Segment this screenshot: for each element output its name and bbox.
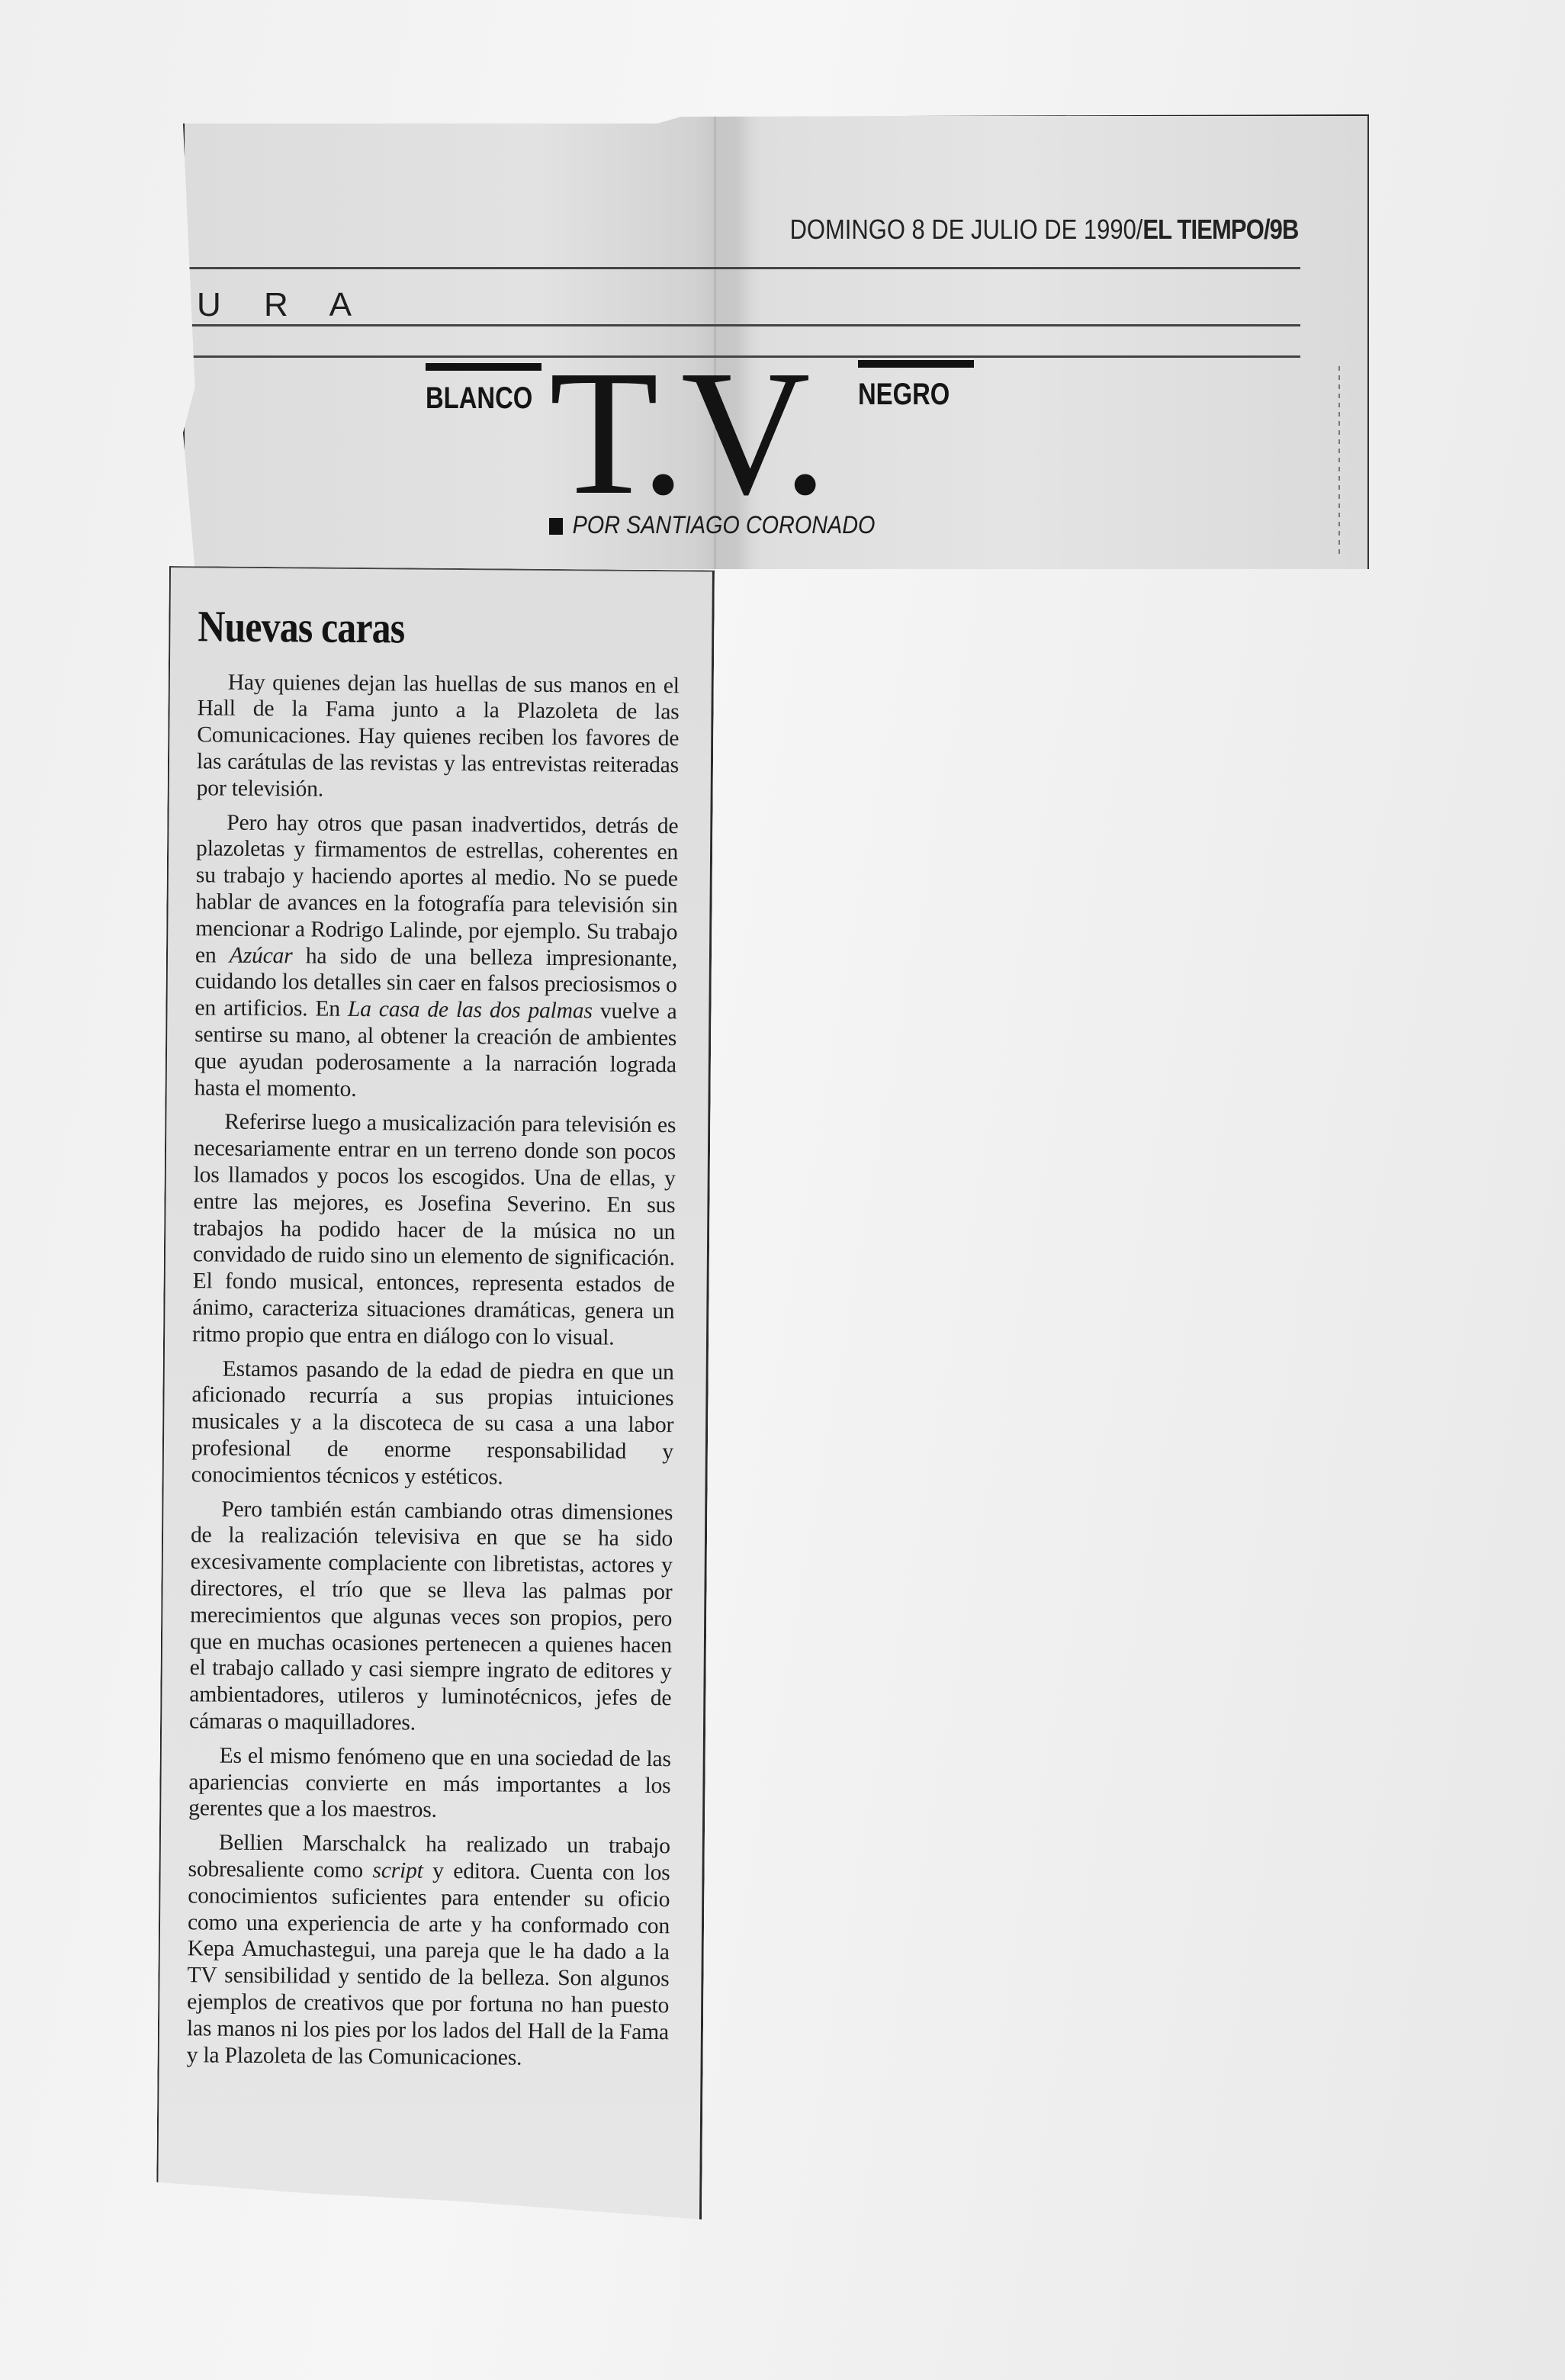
article-paragraph: Estamos pasando de la edad de piedra en … [191,1356,674,1492]
article-paragraph: Pero también están cambiando otras dimen… [189,1496,673,1738]
article-paragraph: Referirse luego a musicalización para te… [192,1109,676,1352]
kicker-bar-left [426,363,541,371]
italic-title: script [372,1858,423,1883]
italic-title: Azúcar [230,943,293,968]
dateline: DOMINGO 8 DE JULIO DE 1990/EL TIEMPO/9B [790,214,1299,246]
byline-text: POR SANTIAGO CORONADO [573,511,876,539]
column-title: T.V. [549,343,823,523]
dateline-paper: EL TIEMPO/9B [1143,214,1299,245]
article-paragraph: Pero hay otros que pasan inadvertidos, d… [194,809,678,1105]
header-clipping: DOMINGO 8 DE JULIO DE 1990/EL TIEMPO/9B … [183,114,1369,569]
article-clipping: Nuevas caras Hay quienes dejan las huell… [156,566,715,2220]
article-headline: Nuevas caras [198,601,612,655]
italic-title: La casa de las dos palmas [348,997,593,1024]
article-body: Nuevas caras Hay quienes dejan las huell… [186,589,680,2079]
kicker-blanco: BLANCO [426,381,532,416]
dateline-date: DOMINGO 8 DE JULIO DE 1990/ [790,214,1143,245]
article-paragraph: Hay quienes dejan las huellas de sus man… [197,669,680,806]
article-paragraph: Bellien Marschalck ha realizado un traba… [187,1829,670,2072]
header-rule-top [183,267,1300,269]
kicker-bar-right [858,360,974,368]
margin-mark [1338,366,1340,557]
square-bullet-icon [549,518,563,535]
article-paragraph: Es el mismo fenómeno que en una sociedad… [188,1742,671,1825]
header-rule-middle [183,324,1300,326]
byline: POR SANTIAGO CORONADO [549,511,875,539]
section-label: U R A [197,286,368,324]
kicker-negro: NEGRO [858,378,950,412]
